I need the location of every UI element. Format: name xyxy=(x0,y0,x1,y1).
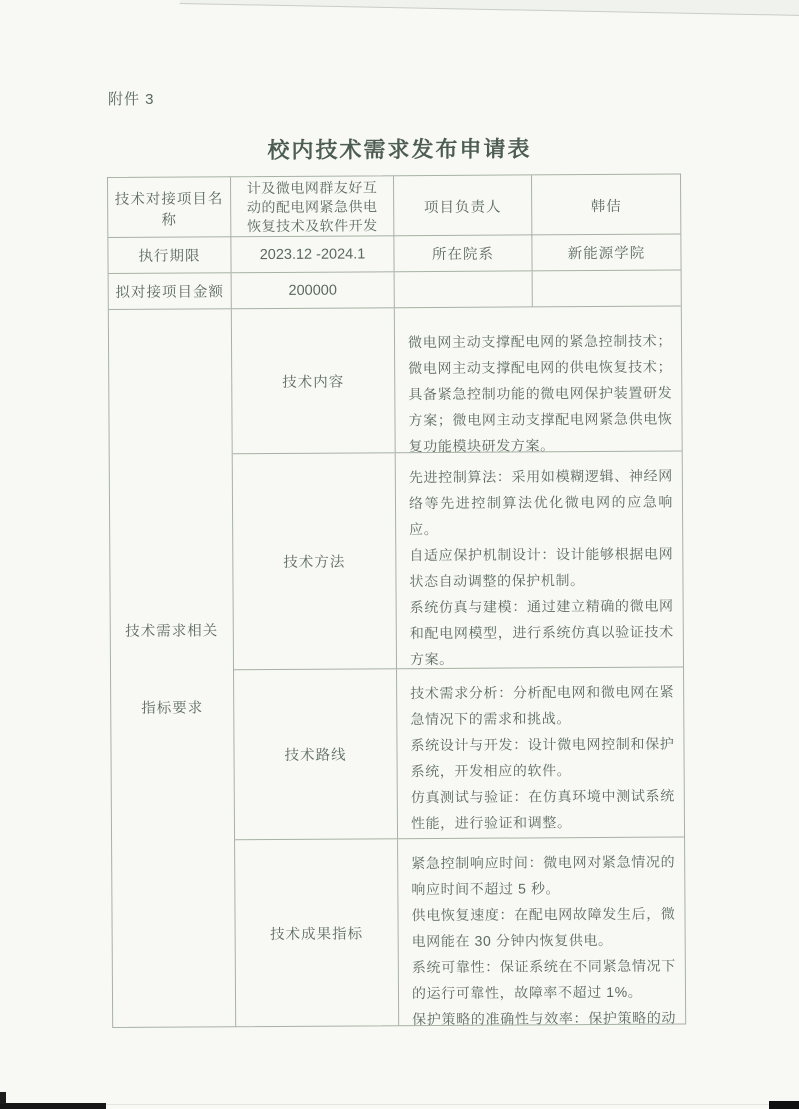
project-name-value: 计及微电网群友好互动的配电网紧急供电恢复技术及软件开发 xyxy=(231,176,394,238)
tech-method-text: 先进控制算法：采用如模糊逻辑、神经网络等先进控制算法优化微电网的应急响应。 自适… xyxy=(396,451,683,668)
tech-method-paragraph: 系统仿真与建模：通过建立精确的微电网和配电网模型，进行系统仿真以验证技术方案。 xyxy=(410,593,674,669)
tech-route-paragraph: 技术需求分析：分析配电网和微电网在紧急情况下的需求和挑战。 xyxy=(410,679,674,733)
section-tech-route: 技术路线 技术需求分析：分析配电网和微电网在紧急情况下的需求和挑战。 系统设计与… xyxy=(234,667,684,840)
scan-blot-bottom-right xyxy=(769,1101,799,1109)
section-tech-outcome: 技术成果指标 紧急控制响应时间：微电网对紧急情况的响应时间不超过 5 秒。 供电… xyxy=(235,837,685,1026)
tech-outcome-paragraph: 紧急控制响应时间：微电网对紧急情况的响应时间不超过 5 秒。 xyxy=(411,849,675,903)
tech-route-paragraph: 仿真测试与验证：在仿真环境中测试系统性能，进行验证和调整。 xyxy=(411,783,675,837)
amount-row-empty-cell-1 xyxy=(395,271,533,307)
tech-route-paragraph: 系统设计与开发：设计微电网控制和保护系统，开发相应的软件。 xyxy=(410,731,674,785)
scan-blot-bottom-left-corner xyxy=(0,1092,6,1104)
section-tech-content: 技术内容 微电网主动支撑配电网的紧急控制技术；微电网主动支撑配电网的供电恢复技术… xyxy=(232,306,682,454)
section-tech-method: 技术方法 先进控制算法：采用如模糊逻辑、神经网络等先进控制算法优化微电网的应急响… xyxy=(233,451,683,670)
tech-content-text: 微电网主动支撑配电网的紧急控制技术；微电网主动支撑配电网的供电恢复技术；具备紧急… xyxy=(395,306,682,452)
tech-outcome-label: 技术成果指标 xyxy=(235,839,399,1026)
scan-bottom-edge xyxy=(0,1104,799,1105)
table-row-period: 执行期限 2023.12 -2024.1 所在院系 新能源学院 xyxy=(108,234,680,273)
attachment-label: 附件 3 xyxy=(108,88,155,109)
department-label: 所在院系 xyxy=(394,235,532,271)
period-value: 2023.12 -2024.1 xyxy=(231,236,394,272)
tech-method-paragraph: 先进控制算法：采用如模糊逻辑、神经网络等先进控制算法优化微电网的应急响应。 xyxy=(409,463,673,543)
tech-route-label: 技术路线 xyxy=(234,669,398,839)
leader-label: 项目负责人 xyxy=(394,175,532,237)
page-title: 校内技术需求发布申请表 xyxy=(0,131,799,166)
scan-blot-bottom-left xyxy=(0,1103,106,1109)
tech-outcome-paragraph: 系统可靠性：保证系统在不同紧急情况下的运行可靠性，故障率不超过 1%。 xyxy=(412,953,676,1007)
requirement-sections: 技术内容 微电网主动支撑配电网的紧急控制技术；微电网主动支撑配电网的供电恢复技术… xyxy=(232,306,685,1026)
application-table: 技术对接项目名称 计及微电网群友好互动的配电网紧急供电恢复技术及软件开发 项目负… xyxy=(107,173,686,1027)
tech-outcome-paragraph: 保护策略的准确性与效率：保护策略的动作 xyxy=(412,1005,676,1026)
department-value: 新能源学院 xyxy=(532,234,680,270)
tech-outcome-text: 紧急控制响应时间：微电网对紧急情况的响应时间不超过 5 秒。 供电恢复速度：在配… xyxy=(398,837,685,1025)
tech-route-text: 技术需求分析：分析配电网和微电网在紧急情况下的需求和挑战。 系统设计与开发：设计… xyxy=(397,667,684,838)
project-name-label: 技术对接项目名称 xyxy=(108,177,231,239)
tech-outcome-paragraph: 供电恢复速度：在配电网故障发生后，微电网能在 30 分钟内恢复供电。 xyxy=(411,901,675,955)
requirements-row-label-line2: 指标要求 xyxy=(141,696,203,717)
tech-method-label: 技术方法 xyxy=(233,453,397,669)
tech-content-paragraph: 微电网主动支撑配电网的紧急控制技术；微电网主动支撑配电网的供电恢复技术；具备紧急… xyxy=(408,328,673,453)
tech-method-paragraph: 自适应保护机制设计：设计能够根据电网状态自动调整的保护机制。 xyxy=(409,541,673,595)
leader-value: 韩佶 xyxy=(532,174,680,236)
requirements-row-label-line1: 技术需求相关 xyxy=(125,619,218,641)
requirements-body: 技术需求相关 指标要求 技术内容 微电网主动支撑配电网的紧急控制技术；微电网主动… xyxy=(109,306,685,1026)
scan-edge-artifact xyxy=(180,0,799,17)
amount-row-empty-cell-2 xyxy=(533,270,681,306)
table-row-project-name: 技术对接项目名称 计及微电网群友好互动的配电网紧急供电恢复技术及软件开发 项目负… xyxy=(108,174,680,237)
amount-value: 200000 xyxy=(232,272,395,308)
requirements-row-label: 技术需求相关 指标要求 xyxy=(109,309,236,1027)
table-row-amount: 拟对接项目金额 200000 xyxy=(109,270,681,309)
tech-content-label: 技术内容 xyxy=(232,308,396,453)
amount-label: 拟对接项目金额 xyxy=(109,273,232,309)
period-label: 执行期限 xyxy=(108,237,231,273)
